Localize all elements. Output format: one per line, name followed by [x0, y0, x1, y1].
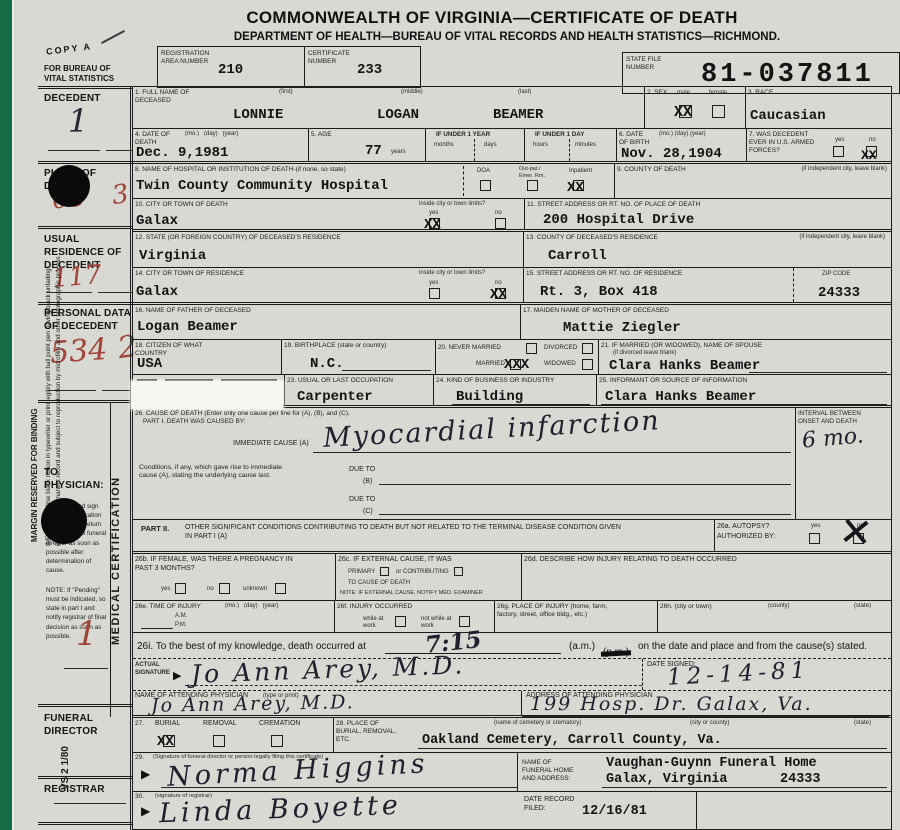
funeral-director-number: 29.: [135, 754, 144, 762]
decedent-code-handwritten: 1: [68, 102, 88, 140]
left-margin-column: COPY A FOR BUREAU OF VITAL STATISTICS DE…: [14, 0, 130, 830]
while-at-work-check box: [395, 616, 406, 627]
limits-no-checkbox: [495, 218, 506, 229]
female-checkbox: [712, 105, 725, 118]
field-describe-injury: 26d. DESCRIBE HOW INJURY RELATING TO DEA…: [522, 554, 889, 600]
form-code-label: VS 2 1/80: [60, 690, 76, 790]
state-file-label: STATE FILE NUMBER: [626, 56, 668, 72]
registration-area-cell: REGISTRATION AREA NUMBER 210: [158, 47, 305, 87]
cremation-checkbox: [271, 735, 283, 747]
funeral-home-name-value: Vaughan-Guynn Funeral Home: [606, 756, 817, 771]
middle-caption: (middle): [401, 89, 423, 96]
registration-area-value: 210: [218, 62, 243, 78]
funeral-home-rule: [602, 787, 887, 788]
certificate-form: 1. FULL NAME OF DECEASED (first) (middle…: [130, 86, 892, 830]
business-rule: [452, 404, 590, 405]
column-divider: [463, 166, 464, 196]
column-divider: [569, 139, 570, 161]
armed-forces-yes-caption: yes: [835, 137, 844, 144]
field-date-of-birth: 6. DATE OF BIRTH (mo.) (day) (year) Nov.…: [617, 129, 747, 161]
funeral-home-label: NAME OF FUNERAL HOME AND ADDRESS:: [522, 759, 580, 783]
cause-a-handwritten: Myocardial infarction: [322, 405, 661, 454]
residence-county-note: (if independent city, leave blank): [799, 234, 885, 241]
primary-caption: PRIMARY: [348, 569, 375, 576]
under-1-day-label: IF UNDER 1 DAY: [535, 131, 584, 139]
field-place-of-burial: 28. PLACE OF BURIAL, REMOVAL, ETC. (name…: [334, 718, 889, 752]
field-residence-street: 15. STREET ADDRESS OR RT. NO. OF RESIDEN…: [524, 268, 794, 302]
field-ssn-whited-out: [133, 375, 285, 405]
first-caption: (first): [279, 89, 293, 96]
pregnancy-unknown-checkbox: [275, 583, 286, 594]
row-physician-signature: ACTUAL SIGNATURE ▶ Jo Ann Arey, M.D. DAT…: [133, 659, 891, 691]
due-to-c-label: DUE TO: [349, 496, 375, 505]
autopsy-no-x-mark: ✕: [837, 508, 875, 557]
hospital-value: Twin County Community Hospital: [136, 178, 388, 194]
mother-name-label: 17. MAIDEN NAME OF MOTHER OF DECEASED: [523, 307, 669, 315]
actual-caption: ACTUAL: [135, 662, 160, 669]
limits-no-caption: no: [495, 210, 502, 217]
funeral-director-baseline: [161, 787, 517, 788]
informant-rule: [601, 404, 887, 405]
birthplace-value: N.C.: [310, 356, 344, 372]
signature-arrow-icon: ▶: [141, 767, 150, 781]
signature-arrow-icon: ▶: [173, 669, 181, 682]
page-subtitle: DEPARTMENT OF HEALTH—BUREAU OF VITAL REC…: [164, 31, 850, 43]
middle-name-value: LOGAN: [377, 107, 419, 123]
conditions-note: Conditions, if any, which gave rise to i…: [139, 464, 289, 481]
doa-caption: DOA: [477, 168, 490, 175]
field-attending-address: ADDRESS OF ATTENDING PHYSICIAN 199 Hosp.…: [522, 691, 889, 715]
cremation-caption: CREMATION: [259, 720, 300, 729]
contributing-caption: or CONTRIBUTING: [396, 569, 449, 576]
due-to-b-label: DUE TO: [349, 466, 375, 475]
father-name-label: 16. NAME OF FATHER OF DECEASED: [135, 307, 251, 315]
c-caption: (C): [363, 508, 373, 517]
attending-address-handwritten: 199 Hosp. Dr. Galax, Va.: [530, 693, 813, 715]
margin-underline: [54, 803, 126, 804]
state-caption: (state): [854, 720, 871, 727]
date-of-birth-value: Nov. 28,1904: [621, 146, 722, 162]
field-occupation: 23. USUAL OR LAST OCCUPATION Carpenter: [285, 375, 434, 405]
injury-city-label: 26h. (city or town): [660, 603, 712, 611]
field-cause-of-death: 26. CAUSE OF DEATH (Enter only one cause…: [133, 408, 796, 519]
female-caption: female: [709, 90, 727, 97]
margin-section-registrar: REGISTRAR: [44, 783, 132, 796]
certificate-paper: COMMONWEALTH OF VIRGINIA—CERTIFICATE OF …: [14, 0, 900, 830]
race-label: 3. RACE: [748, 89, 773, 97]
physician-code-handwritten: 1: [76, 614, 98, 654]
inpatient-xx-mark: XX: [567, 180, 584, 196]
row-residence-city-street-zip: 14. CITY OR TOWN OF RESIDENCE Galax insi…: [133, 268, 891, 305]
birthplace-rule: [342, 370, 431, 371]
residence-street-label: 15. STREET ADDRESS OR RT. NO. OF RESIDEN…: [526, 270, 682, 278]
age-label: 5. AGE: [311, 131, 332, 139]
field-interval: INTERVAL BETWEEN ONSET AND DEATH 6 mo.: [796, 408, 889, 519]
registration-box: REGISTRATION AREA NUMBER 210 CERTIFICATE…: [157, 46, 421, 88]
cause-label: 26. CAUSE OF DEATH (Enter only one cause…: [135, 410, 350, 418]
field-actual-signature: ACTUAL SIGNATURE ▶ Jo Ann Arey, M.D.: [133, 659, 643, 690]
outpatient-caption: Out-pat./ Emer. Rm.: [519, 166, 555, 179]
place-of-burial-value: Oakland Cemetery, Carroll County, Va.: [422, 733, 722, 748]
funeral-home-zip-value: 24333: [780, 772, 821, 787]
row-name-sex-race: 1. FULL NAME OF DECEASED (first) (middle…: [133, 87, 891, 129]
pregnancy-unknown-caption: unknown: [243, 586, 267, 593]
pregnancy-yes-caption: yes: [161, 586, 170, 593]
field-spouse-name: 21. IF MARRIED (OR WIDOWED), NAME OF SPO…: [599, 340, 889, 374]
field-zip-code: ZIP CODE 24333: [794, 268, 889, 302]
pregnancy-no-caption: no: [207, 586, 214, 593]
time-of-injury-captions: (mo.) (day) (year): [225, 603, 278, 610]
time-of-injury-label: 26e. TIME OF INJURY: [135, 603, 201, 611]
external-cause-label: 26c. IF EXTERNAL CAUSE, IT WAS: [338, 556, 452, 565]
funeral-home-city-value: Galax, Virginia: [606, 772, 728, 787]
mother-name-value: Mattie Ziegler: [563, 320, 681, 336]
row-funeral-director: 29. (Signature of funeral director or pe…: [133, 753, 891, 792]
spouse-note: (if divorced leave blank): [613, 350, 676, 357]
certificate-number-label: CERTIFICATE NUMBER: [308, 50, 358, 66]
margin-underline: [98, 292, 132, 293]
residence-county-value: Carroll: [548, 248, 607, 264]
widowed-caption: WIDOWED: [544, 360, 576, 368]
disposition-number: 27.: [135, 720, 144, 728]
margin-underline: [64, 668, 108, 669]
row-death-date-age-birth: 4. DATE OF DEATH (mo.) (day) (year) Dec.…: [133, 129, 891, 164]
row-injury-details: 26e. TIME OF INJURY (mo.) (day) (year) A…: [133, 601, 891, 633]
male-caption: male: [677, 90, 690, 97]
minutes-caption: minutes: [575, 142, 596, 149]
binding-important-text-1: IMPORTANT: Use black ribbon in typewrite…: [45, 228, 55, 546]
registrar-number: 30.: [135, 793, 144, 801]
injury-occurred-label: 26f. INJURY OCCURRED: [337, 603, 412, 611]
row-part2-autopsy: PART II. OTHER SIGNIFICANT CONDITIONS CO…: [133, 520, 891, 554]
residence-street-value: Rt. 3, Box 418: [540, 284, 658, 300]
field-if-under-1-year: IF UNDER 1 YEAR months days: [426, 129, 525, 161]
immediate-cause-label: IMMEDIATE CAUSE (A): [233, 440, 309, 449]
injury-state-caption: (state): [854, 603, 871, 610]
contributing-checkbox: [454, 567, 463, 576]
never-married-checkbox: [526, 343, 537, 354]
primary-checkbox: [380, 567, 389, 576]
city-limits-caption: inside city or town limits?: [419, 201, 517, 208]
residence-state-value: Virginia: [139, 248, 206, 264]
to-cause-caption: TO CAUSE OF DEATH: [348, 580, 410, 587]
pen-mark: [101, 30, 125, 44]
binding-margin-label: MARGIN RESERVED FOR BINDING: [30, 290, 43, 542]
birthplace-label: 19. BIRTHPLACE (state or country): [284, 342, 394, 350]
days-caption: days: [484, 142, 497, 149]
signature-arrow-icon: ▶: [141, 804, 150, 818]
armed-forces-label: 7. WAS DECEDENT EVER IN U.S. ARMED FORCE…: [749, 131, 821, 155]
registration-area-label: REGISTRATION AREA NUMBER: [161, 50, 216, 66]
row-death-occurred-statement: 26i. To the best of my knowledge, death …: [133, 633, 891, 659]
city-of-death-label: 10. CITY OR TOWN OF DEATH: [135, 201, 228, 209]
death-certificate-scan: { "doc": { "title": "COMMONWEALTH OF VIR…: [0, 0, 900, 830]
margin-underline: [48, 150, 100, 151]
row-hospital-county: 8. NAME OF HOSPITAL OR INSTITUTION OF DE…: [133, 164, 891, 199]
field-street-of-death: 11. STREET ADDRESS OR RT. NO. OF PLACE O…: [525, 199, 889, 229]
b-caption: (B): [363, 478, 372, 487]
signature-caption: SIGNATURE: [135, 670, 170, 677]
not-while-at-work-checkbox: [459, 616, 470, 627]
field-funeral-home: NAME OF FUNERAL HOME AND ADDRESS: Vaugha…: [518, 753, 889, 791]
margin-section-funeral-director: FUNERAL DIRECTOR: [44, 712, 132, 738]
full-name-label: 1. FULL NAME OF DECEASED: [135, 89, 197, 105]
row-occupation-informant: 23. USUAL OR LAST OCCUPATION Carpenter 2…: [133, 375, 891, 408]
occupation-label: 23. USUAL OR LAST OCCUPATION: [287, 377, 393, 385]
zip-value: 24333: [818, 285, 860, 301]
am-caption: A.M.: [175, 613, 187, 620]
whiteout-correction: [131, 381, 283, 409]
binding-edge-strip: [0, 0, 14, 830]
interval-label: INTERVAL BETWEEN ONSET AND DEATH: [798, 410, 878, 426]
last-caption: (last): [518, 89, 531, 96]
death-occurred-post-text: on the date and place and from the cause…: [638, 641, 867, 652]
pregnancy-no-checkbox: [219, 583, 230, 594]
autopsy-label: 26a. AUTOPSY?: [717, 523, 769, 532]
married-caption: MARRIED: [476, 360, 505, 368]
place-of-burial-label: 28. PLACE OF BURIAL, REMOVAL, ETC.: [336, 720, 400, 744]
residence-city-label: 14. CITY OR TOWN OF RESIDENCE: [135, 270, 244, 278]
informant-label: 25. INFORMANT OR SOURCE OF INFORMATION: [599, 377, 747, 385]
months-caption: months: [434, 142, 454, 149]
field-date-signed: DATE SIGNED: 12-14-81: [643, 659, 889, 690]
field-county-of-death: 9. COUNTY OF DEATH (if independent city,…: [615, 164, 891, 198]
row-residence-state-county: 12. STATE (OR FOREIGN COUNTRY) OF DECEAS…: [133, 232, 891, 268]
spouse-value: Clara Hanks Beamer: [609, 358, 760, 374]
occupation-value: Carpenter: [297, 389, 373, 405]
describe-injury-label: 26d. DESCRIBE HOW INJURY RELATING TO DEA…: [524, 556, 737, 565]
row-citizen-marital: 18. CITIZEN OF WHAT COUNTRY USA 19. BIRT…: [133, 340, 891, 375]
city-of-death-value: Galax: [136, 213, 178, 229]
removal-checkbox: [213, 735, 225, 747]
signature-baseline: [185, 685, 642, 686]
divorced-checkbox: [582, 343, 593, 354]
removal-caption: REMOVAL: [203, 720, 237, 729]
row-burial: 27. BURIAL REMOVAL CREMATION XX 28. PLAC…: [133, 718, 891, 753]
field-external-cause: 26c. IF EXTERNAL CAUSE, IT WAS PRIMARY o…: [336, 554, 522, 600]
limits-yes-xx-mark: XX: [424, 217, 441, 233]
father-name-value: Logan Beamer: [137, 319, 238, 335]
part1-label: PART I. DEATH WAS CAUSED BY:: [143, 418, 246, 426]
margin-underline: [106, 150, 132, 151]
certificate-number-cell: CERTIFICATE NUMBER 233: [305, 47, 420, 87]
field-if-under-1-day: IF UNDER 1 DAY hours minutes: [525, 129, 617, 161]
field-hospital: 8. NAME OF HOSPITAL OR INSTITUTION OF DE…: [133, 164, 615, 198]
autopsy-yes-checkbox: [809, 533, 820, 544]
column-divider: [474, 139, 475, 161]
medical-certification-label: MEDICAL CERTIFICATION: [110, 408, 130, 714]
cemetery-caption: (name of cemetery or crematory): [494, 720, 581, 727]
never-married-caption: 20. NEVER MARRIED: [438, 344, 501, 352]
cause-b-rule: [379, 484, 791, 485]
field-place-of-injury: 26g. PLACE OF INJURY (home, farm, factor…: [495, 601, 658, 632]
field-birthplace: 19. BIRTHPLACE (state or country) N.C.: [282, 340, 436, 374]
am-option: (a.m.): [569, 641, 595, 652]
margin-separator: [38, 704, 132, 707]
residence-county-label: 13. COUNTY OF DECEASED'S RESIDENCE: [526, 234, 658, 242]
hospital-label: 8. NAME OF HOSPITAL OR INSTITUTION OF DE…: [135, 166, 346, 174]
field-city-of-death: 10. CITY OR TOWN OF DEATH Galax inside c…: [133, 199, 525, 229]
place-of-injury-label: 26g. PLACE OF INJURY (home, farm, factor…: [497, 603, 627, 619]
inpatient-caption: Inpatient: [569, 168, 592, 175]
city-county-caption: (city or county): [690, 720, 729, 727]
county-of-death-note: (if independent city, leave blank): [801, 166, 887, 173]
divorced-caption: DIVORCED: [544, 344, 577, 352]
field-date-record-filed: DATE RECORD FILED: 12/16/81: [520, 792, 697, 829]
field-injury-city-county-state: 26h. (city or town) (county) (state): [658, 601, 889, 632]
margin-separator: [38, 161, 132, 164]
date-of-birth-captions: (mo.) (day) (year): [659, 131, 706, 138]
hours-caption: hours: [533, 142, 548, 149]
field-death-occurred: 26i. To the best of my knowledge, death …: [133, 633, 889, 658]
hole-punch: [48, 165, 90, 207]
row-cause-of-death: 26. CAUSE OF DEATH (Enter only one cause…: [133, 408, 891, 520]
armed-forces-yes-checkbox: [833, 146, 844, 157]
spouse-label: 21. IF MARRIED (OR WIDOWED), NAME OF SPO…: [601, 342, 762, 350]
county-of-death-label: 9. COUNTY OF DEATH: [617, 166, 686, 174]
bureau-label: FOR BUREAU OF VITAL STATISTICS: [44, 64, 128, 84]
field-attending-name: NAME OF ATTENDING PHYSICIAN (type or pri…: [133, 691, 522, 715]
street-of-death-value: 200 Hospital Drive: [543, 212, 694, 228]
field-date-of-death: 4. DATE OF DEATH (mo.) (day) (year) Dec.…: [133, 129, 309, 161]
margin-underline: [102, 390, 132, 391]
copy-label: COPY A: [46, 41, 93, 57]
married-xxx-mark: XXX: [504, 357, 529, 373]
residence-state-label: 12. STATE (OR FOREIGN COUNTRY) OF DECEAS…: [135, 234, 341, 242]
margin-separator: [38, 776, 132, 779]
last-name-value: BEAMER: [493, 107, 543, 123]
time-of-injury-rule: [141, 628, 173, 629]
certificate-number-value: 233: [357, 62, 382, 78]
field-funeral-director-signature: 29. (Signature of funeral director or pe…: [133, 753, 518, 791]
field-registrar-signature: 30. (signature of registrar) ▶ Linda Boy…: [133, 792, 520, 829]
field-part2: PART II. OTHER SIGNIFICANT CONDITIONS CO…: [133, 520, 715, 551]
field-informant: 25. INFORMANT OR SOURCE OF INFORMATION C…: [597, 375, 889, 405]
date-of-birth-label: 6. DATE OF BIRTH: [619, 131, 653, 147]
field-residence-county: 13. COUNTY OF DECEASED'S RESIDENCE (if i…: [524, 232, 889, 267]
field-age: 5. AGE 77 years: [309, 129, 426, 161]
street-of-death-label: 11. STREET ADDRESS OR RT. NO. OF PLACE O…: [527, 201, 700, 209]
business-value: Building: [456, 389, 523, 405]
field-sex: 2. SEX male female XX: [645, 87, 746, 128]
margin-separator: [38, 822, 132, 825]
doa-checkbox: [480, 180, 491, 191]
hole-punch: [41, 498, 87, 544]
while-at-work-caption: while at work: [363, 616, 393, 630]
empty-cell: [697, 792, 889, 829]
field-armed-forces: 7. WAS DECEDENT EVER IN U.S. ARMED FORCE…: [747, 129, 890, 161]
row-parents: 16. NAME OF FATHER OF DECEASED Logan Bea…: [133, 305, 891, 340]
date-of-death-captions: (mo.) (day) (year): [185, 131, 238, 138]
pm-option-struck: (p.m.): [603, 647, 629, 658]
pm-caption: P.M.: [175, 622, 187, 629]
cause-a-rule: [313, 452, 791, 453]
residence-limits-caption: inside city or town limits?: [419, 270, 517, 277]
residence-limits-yes-caption: yes: [429, 280, 438, 287]
sex-label: 2. SEX: [647, 89, 667, 97]
field-residence-city: 14. CITY OR TOWN OF RESIDENCE Galax insi…: [133, 268, 524, 302]
pregnancy-yes-checkbox: [175, 583, 186, 594]
injury-county-caption: (county): [768, 603, 790, 610]
spouse-rule: [749, 372, 887, 373]
external-cause-note: NOTE: IF EXTERNAL CAUSE, NOTIFY MED. EXA…: [340, 590, 483, 597]
field-father-name: 16. NAME OF FATHER OF DECEASED Logan Bea…: [133, 305, 521, 339]
field-business: 24. KIND OF BUSINESS OR INDUSTRY Buildin…: [434, 375, 597, 405]
autopsy-yes-caption: yes: [811, 523, 820, 530]
burial-caption: BURIAL: [155, 720, 180, 729]
field-autopsy: 26a. AUTOPSY? AUTHORIZED BY: yes no ✕: [715, 520, 889, 551]
row-registrar: 30. (signature of registrar) ▶ Linda Boy…: [133, 792, 891, 829]
field-race: 3. RACE Caucasian: [746, 87, 889, 128]
zip-label: ZIP CODE: [822, 271, 850, 278]
citizen-value: USA: [137, 356, 162, 372]
autopsy-authorized-label: AUTHORIZED BY:: [717, 533, 775, 542]
business-label: 24. KIND OF BUSINESS OR INDUSTRY: [436, 377, 554, 385]
pregnancy-label: 26b. IF FEMALE, WAS THERE A PREGNANCY IN…: [135, 556, 295, 574]
margin-separator: [38, 86, 132, 89]
field-residence-state: 12. STATE (OR FOREIGN COUNTRY) OF DECEAS…: [133, 232, 524, 267]
attending-name-handwritten: Jo Ann Arey, M.D.: [151, 691, 355, 717]
part2-text: OTHER SIGNIFICANT CONDITIONS CONTRIBUTIN…: [185, 524, 625, 542]
row-city-street-of-death: 10. CITY OR TOWN OF DEATH Galax inside c…: [133, 199, 891, 232]
field-marital-status: 20. NEVER MARRIED DIVORCED MARRIED XXX W…: [436, 340, 599, 374]
date-of-death-value: Dec. 9,1981: [136, 145, 228, 161]
armed-forces-no-xx-mark: XX: [861, 148, 877, 163]
row-attending-physician: NAME OF ATTENDING PHYSICIAN (type or pri…: [133, 691, 891, 718]
residence-city-value: Galax: [136, 284, 178, 300]
residence-limits-yes-checkbox: [429, 288, 440, 299]
age-value: 77: [365, 143, 382, 159]
field-pregnancy: 26b. IF FEMALE, WAS THERE A PREGNANCY IN…: [133, 554, 336, 600]
armed-forces-no-caption: no: [869, 137, 876, 144]
field-full-name: 1. FULL NAME OF DECEASED (first) (middle…: [133, 87, 645, 128]
first-name-value: LONNIE: [233, 107, 283, 123]
burial-xx-mark: XX: [157, 734, 174, 750]
page-title: COMMONWEALTH OF VIRGINIA—CERTIFICATE OF …: [164, 8, 820, 28]
death-occurred-pre-text: 26i. To the best of my knowledge, death …: [137, 641, 366, 652]
race-value: Caucasian: [750, 108, 826, 124]
attending-address-rule: [522, 716, 889, 717]
field-disposition: 27. BURIAL REMOVAL CREMATION XX: [133, 718, 334, 752]
date-filed-value: 12/16/81: [582, 804, 647, 819]
widowed-checkbox: [582, 359, 593, 370]
field-time-of-injury: 26e. TIME OF INJURY (mo.) (day) (year) A…: [133, 601, 335, 632]
interval-handwritten: 6 mo.: [801, 423, 865, 453]
age-unit-caption: years: [391, 149, 406, 156]
row-pregnancy-external: 26b. IF FEMALE, WAS THERE A PREGNANCY IN…: [133, 554, 891, 601]
informant-value: Clara Hanks Beamer: [605, 389, 756, 405]
field-mother-name: 17. MAIDEN NAME OF MOTHER OF DECEASED Ma…: [521, 305, 889, 339]
date-filed-label: DATE RECORD FILED:: [524, 796, 576, 814]
part2-label: PART II.: [141, 524, 169, 533]
male-xx-mark: XX: [674, 104, 692, 121]
residence-limits-no-xx-mark: XX: [490, 287, 507, 303]
under-1-year-label: IF UNDER 1 YEAR: [436, 131, 490, 139]
cause-c-rule: [379, 514, 791, 515]
outpatient-checkbox: [527, 180, 538, 191]
place-of-burial-rule: [418, 748, 887, 749]
field-citizen: 18. CITIZEN OF WHAT COUNTRY USA: [133, 340, 282, 374]
